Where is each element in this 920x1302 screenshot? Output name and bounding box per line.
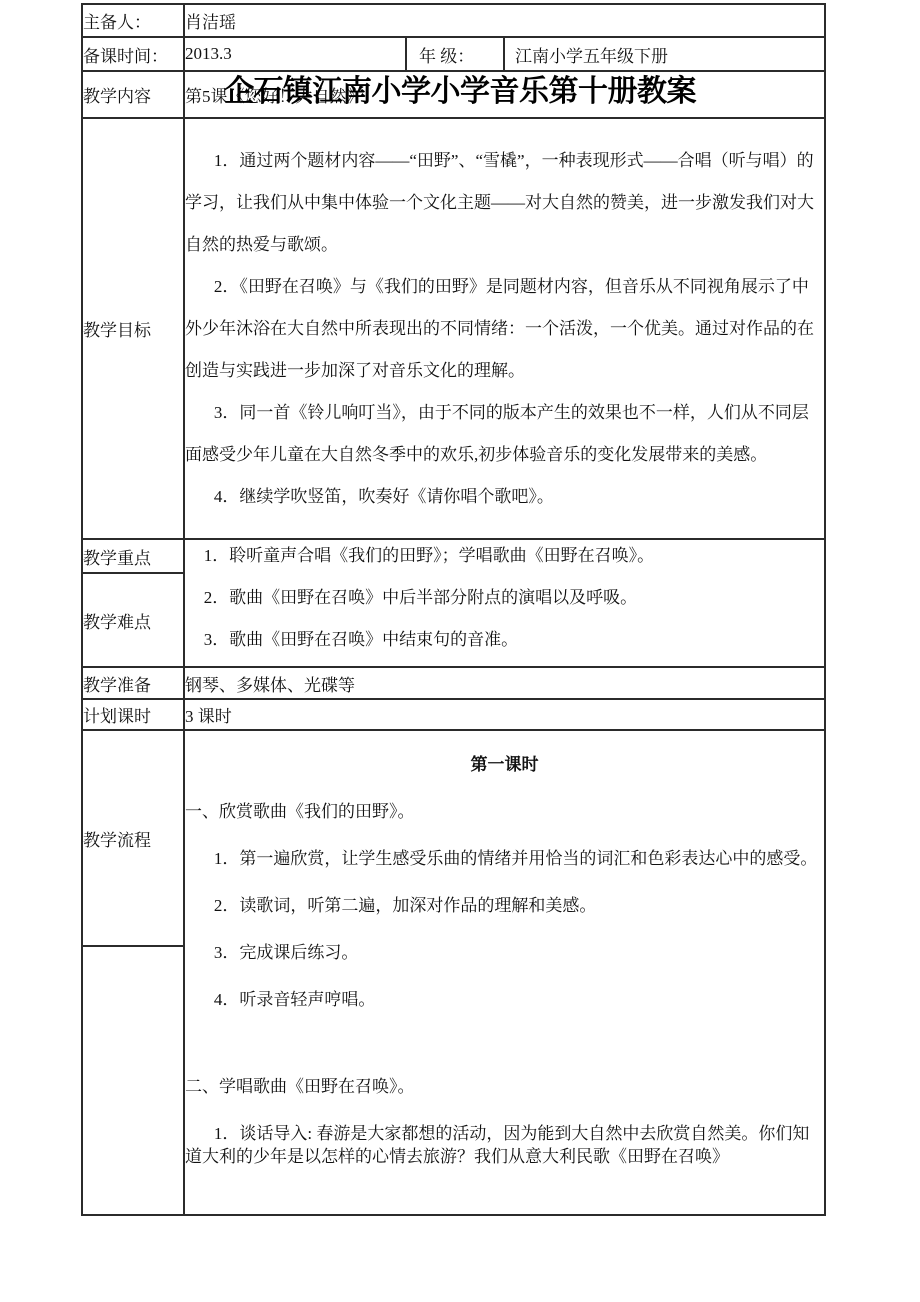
objectives-label: 教学目标 [83, 321, 151, 340]
teaching-content-value-cell: 第5课《您好！大自然》 [184, 71, 825, 118]
master-value: 肖洁瑶 [185, 13, 236, 32]
empty-label-cell [82, 946, 184, 1215]
objective-item: 4．继续学吹竖笛，吹奏好《请你唱个歌吧》。 [185, 476, 824, 518]
grade-label: 年 级： [419, 47, 474, 66]
process-content-cell: 第一课时 一、欣赏歌曲《我们的田野》。 1．第一遍欣赏，让学生感受乐曲的情绪并用… [184, 730, 825, 1215]
key-point-item: 3．歌曲《田野在召唤》中结束句的音准。 [185, 624, 824, 655]
preparation-label-cell: 教学准备 [82, 667, 184, 699]
planned-periods-label-cell: 计划课时 [82, 699, 184, 730]
planned-periods-value-cell: 3 课时 [184, 699, 825, 730]
row-process: 教学流程 第一课时 一、欣赏歌曲《我们的田野》。 1．第一遍欣赏，让学生感受乐曲… [82, 730, 825, 946]
key-points-content-cell: 1．聆听童声合唱《我们的田野》；学唱歌曲《田野在召唤》。 2．歌曲《田野在召唤》… [184, 539, 825, 667]
process-step: 3．完成课后练习。 [185, 941, 824, 964]
process-section: 二、学唱歌曲《田野在召唤》。 [185, 1075, 824, 1098]
teaching-content-label: 教学内容 [83, 87, 151, 106]
objective-item: 2．《田野在召唤》与《我们的田野》是同题材内容，但音乐从不同视角展示了中外少年沐… [185, 266, 824, 392]
preparation-value-cell: 钢琴、多媒体、光碟等 [184, 667, 825, 699]
objectives-label-cell: 教学目标 [82, 118, 184, 539]
prep-time-value-cell: 2013.3 [184, 37, 406, 71]
document-page: 主备人： 肖洁瑶 备课时间： 2013.3 年 级： 江南小学五年级下册 教学内… [0, 0, 920, 1302]
difficulties-label-cell: 教学难点 [82, 573, 184, 667]
prep-time-label-cell: 备课时间： [82, 37, 184, 71]
process-label-cell: 教学流程 [82, 730, 184, 946]
process-label: 教学流程 [83, 831, 151, 850]
lesson-title: 第5课《您好！大自然》 [185, 87, 364, 106]
master-label: 主备人： [83, 13, 151, 32]
row-planned-periods: 计划课时 3 课时 [82, 699, 825, 730]
process-section: 一、欣赏歌曲《我们的田野》。 [185, 800, 824, 823]
prep-time-value: 2013.3 [185, 44, 232, 63]
row-master: 主备人： 肖洁瑶 [82, 4, 825, 37]
planned-periods-label: 计划课时 [83, 707, 151, 726]
teaching-content-label-cell: 教学内容 [82, 71, 184, 118]
key-points-label-cell: 教学重点 [82, 539, 184, 573]
key-points-label: 教学重点 [83, 549, 151, 568]
blank-spacer [185, 1035, 824, 1075]
key-point-item: 1．聆听童声合唱《我们的田野》；学唱歌曲《田野在召唤》。 [185, 540, 824, 571]
row-preparation: 教学准备 钢琴、多媒体、光碟等 [82, 667, 825, 699]
row-key-points: 教学重点 1．聆听童声合唱《我们的田野》；学唱歌曲《田野在召唤》。 2．歌曲《田… [82, 539, 825, 573]
process-step: 4．听录音轻声哼唱。 [185, 988, 824, 1011]
process-step: 1．第一遍欣赏，让学生感受乐曲的情绪并用恰当的词汇和色彩表达心中的感受。 [185, 847, 824, 870]
row-objectives: 教学目标 1．通过两个题材内容——“田野”、“雪橇”，一种表现形式——合唱（听与… [82, 118, 825, 539]
prep-time-label: 备课时间： [83, 47, 168, 66]
master-value-cell: 肖洁瑶 [184, 4, 825, 37]
planned-periods-value: 3 课时 [185, 707, 232, 726]
process-step: 2．读歌词，听第二遍，加深对作品的理解和美感。 [185, 894, 824, 917]
key-point-item: 2．歌曲《田野在召唤》中后半部分附点的演唱以及呼吸。 [185, 582, 824, 613]
grade-label-cell: 年 级： [406, 37, 504, 71]
preparation-label: 教学准备 [83, 676, 151, 695]
objectives-content-cell: 1．通过两个题材内容——“田野”、“雪橇”，一种表现形式——合唱（听与唱）的学习… [184, 118, 825, 539]
grade-value-cell: 江南小学五年级下册 [504, 37, 825, 71]
grade-value: 江南小学五年级下册 [515, 47, 668, 66]
row-teaching-content: 教学内容 第5课《您好！大自然》 [82, 71, 825, 118]
process-step: 1．谈话导入: 春游是大家都想的活动，因为能到大自然中去欣赏自然美。你们知道大利… [185, 1122, 824, 1168]
preparation-value: 钢琴、多媒体、光碟等 [185, 676, 355, 695]
difficulties-label: 教学难点 [83, 613, 151, 632]
objective-item: 3．同一首《铃儿响叮当》，由于不同的版本产生的效果也不一样，人们从不同层面感受少… [185, 392, 824, 476]
lesson-plan-table: 主备人： 肖洁瑶 备课时间： 2013.3 年 级： 江南小学五年级下册 教学内… [81, 3, 826, 1216]
row-prep-time: 备课时间： 2013.3 年 级： 江南小学五年级下册 [82, 37, 825, 71]
objective-item: 1．通过两个题材内容——“田野”、“雪橇”，一种表现形式——合唱（听与唱）的学习… [185, 140, 824, 266]
master-label-cell: 主备人： [82, 4, 184, 37]
period-title: 第一课时 [185, 753, 824, 776]
